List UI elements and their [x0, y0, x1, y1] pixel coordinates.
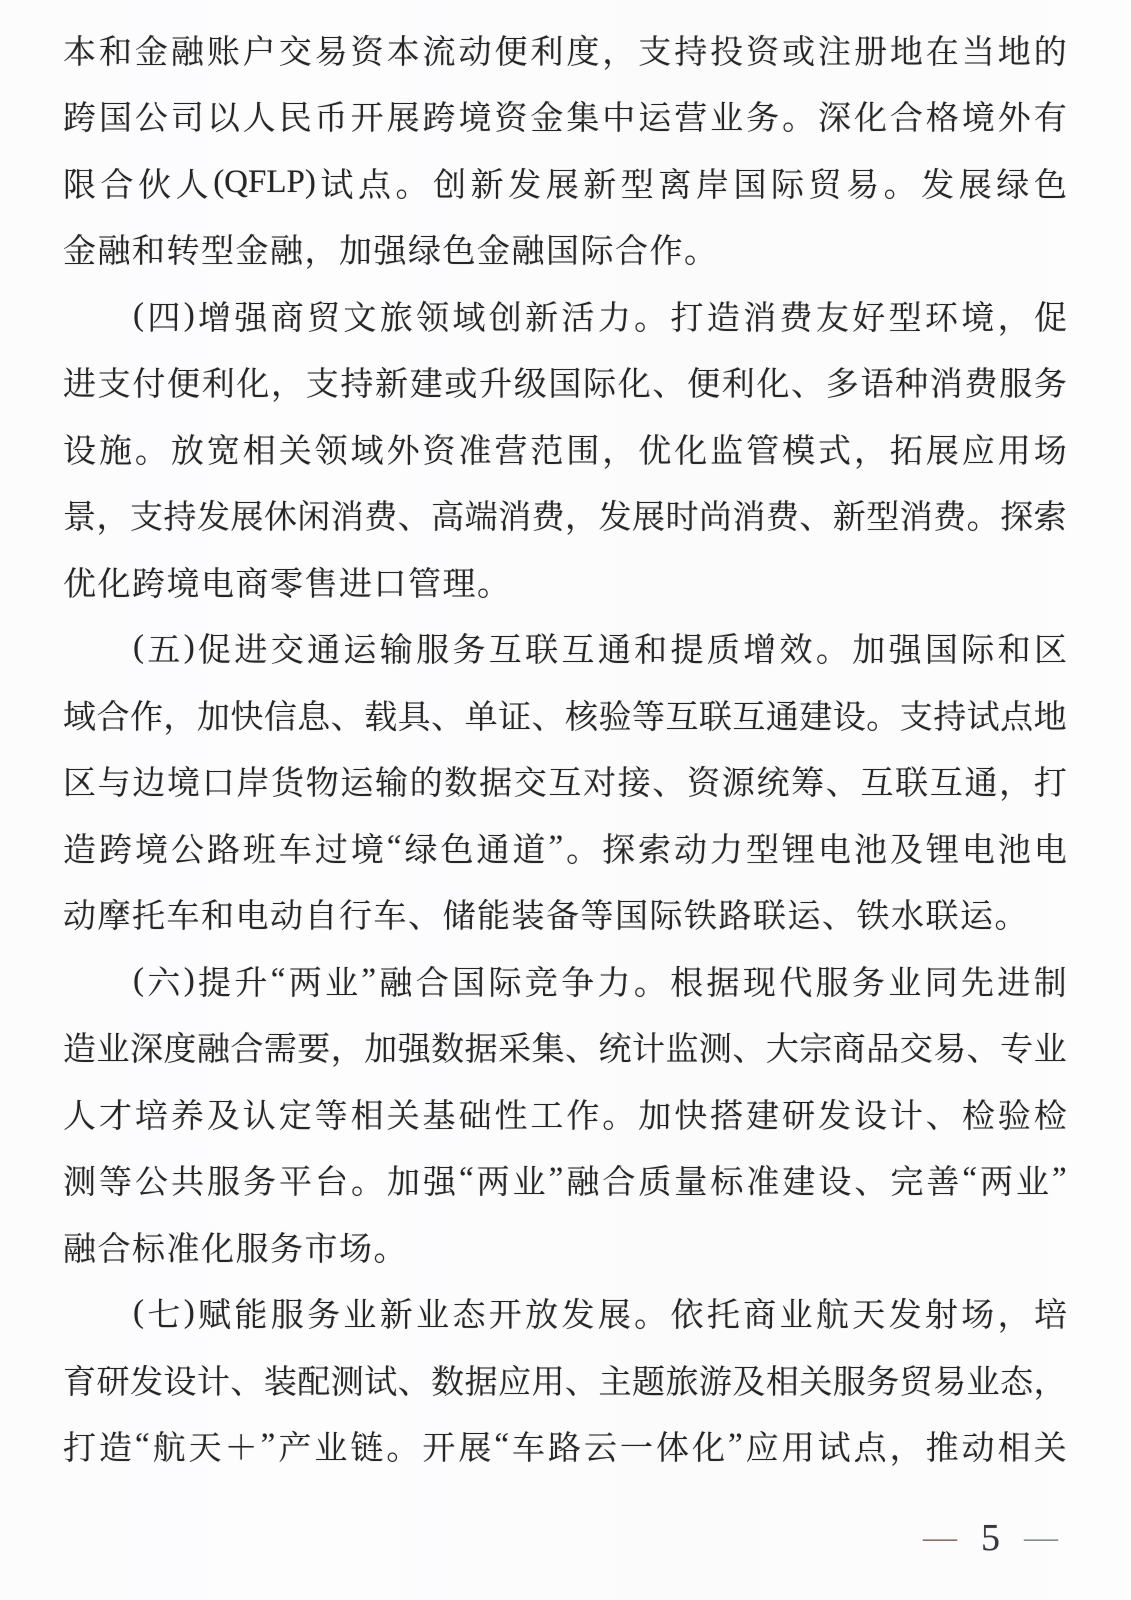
- text-line: (四)增强商贸文旅领域创新活力。打造消费友好型环境，促: [63, 282, 1067, 349]
- text-line: (七)赋能服务业新业态开放发展。依托商业航天发射场，培: [63, 1280, 1067, 1347]
- paragraph-section-4: (四)增强商贸文旅领域创新活力。打造消费友好型环境，促进支付便利化，支持新建或升…: [63, 282, 1067, 615]
- text-line: 造业深度融合需要，加强数据采集、统计监测、大宗商品交易、专业: [63, 1014, 1067, 1081]
- text-line: 景，支持发展休闲消费、高端消费，发展时尚消费、新型消费。探索: [63, 482, 1067, 549]
- page-number-dash-left: —: [923, 1521, 957, 1555]
- text-line: 进支付便利化，支持新建或升级国际化、便利化、多语种消费服务: [63, 349, 1067, 416]
- text-line: (五)促进交通运输服务互联互通和提质增效。加强国际和区: [63, 615, 1067, 682]
- text-line: 优化跨境电商零售进口管理。: [63, 548, 1067, 615]
- page-number-dash-right: —: [1024, 1521, 1058, 1555]
- text-line: 打造“航天＋”产业链。开展“车路云一体化”应用试点，推动相关: [63, 1413, 1067, 1480]
- paragraph-section-6: (六)提升“两业”融合国际竞争力。根据现代服务业同先进制造业深度融合需要，加强数…: [63, 947, 1067, 1280]
- document-page: 本和金融账户交易资本流动便利度，支持投资或注册地在当地的跨国公司以人民币开展跨境…: [0, 0, 1131, 1600]
- text-line: 跨国公司以人民币开展跨境资金集中运营业务。深化合格境外有: [63, 83, 1067, 150]
- text-line: 测等公共服务平台。加强“两业”融合质量标准建设、完善“两业”: [63, 1147, 1067, 1214]
- text-line: 金融和转型金融，加强绿色金融国际合作。: [63, 216, 1067, 283]
- text-line: 育研发设计、装配测试、数据应用、主题旅游及相关服务贸易业态，: [63, 1346, 1067, 1413]
- paragraph-section-7: (七)赋能服务业新业态开放发展。依托商业航天发射场，培育研发设计、装配测试、数据…: [63, 1280, 1067, 1480]
- text-line: (六)提升“两业”融合国际竞争力。根据现代服务业同先进制: [63, 947, 1067, 1014]
- paragraph-section-5: (五)促进交通运输服务互联互通和提质增效。加强国际和区域合作，加快信息、载具、单…: [63, 615, 1067, 948]
- paragraph-continuation: 本和金融账户交易资本流动便利度，支持投资或注册地在当地的跨国公司以人民币开展跨境…: [63, 16, 1067, 282]
- text-line: 区与边境口岸货物运输的数据交互对接、资源统筹、互联互通，打: [63, 748, 1067, 815]
- text-line: 设施。放宽相关领域外资准营范围，优化监管模式，拓展应用场: [63, 415, 1067, 482]
- text-line: 限合伙人(QFLP)试点。创新发展新型离岸国际贸易。发展绿色: [63, 149, 1067, 216]
- page-number: — 5 —: [923, 1516, 1058, 1560]
- text-line: 域合作，加快信息、载具、单证、核验等互联互通建设。支持试点地: [63, 681, 1067, 748]
- text-line: 人才培养及认定等相关基础性工作。加快搭建研发设计、检验检: [63, 1080, 1067, 1147]
- text-line: 动摩托车和电动自行车、储能装备等国际铁路联运、铁水联运。: [63, 881, 1067, 948]
- page-number-value: 5: [981, 1516, 1000, 1560]
- text-line: 融合标准化服务市场。: [63, 1213, 1067, 1280]
- document-text-block: 本和金融账户交易资本流动便利度，支持投资或注册地在当地的跨国公司以人民币开展跨境…: [63, 16, 1067, 1479]
- text-line: 本和金融账户交易资本流动便利度，支持投资或注册地在当地的: [63, 16, 1067, 83]
- text-line: 造跨境公路班车过境“绿色通道”。探索动力型锂电池及锂电池电: [63, 814, 1067, 881]
